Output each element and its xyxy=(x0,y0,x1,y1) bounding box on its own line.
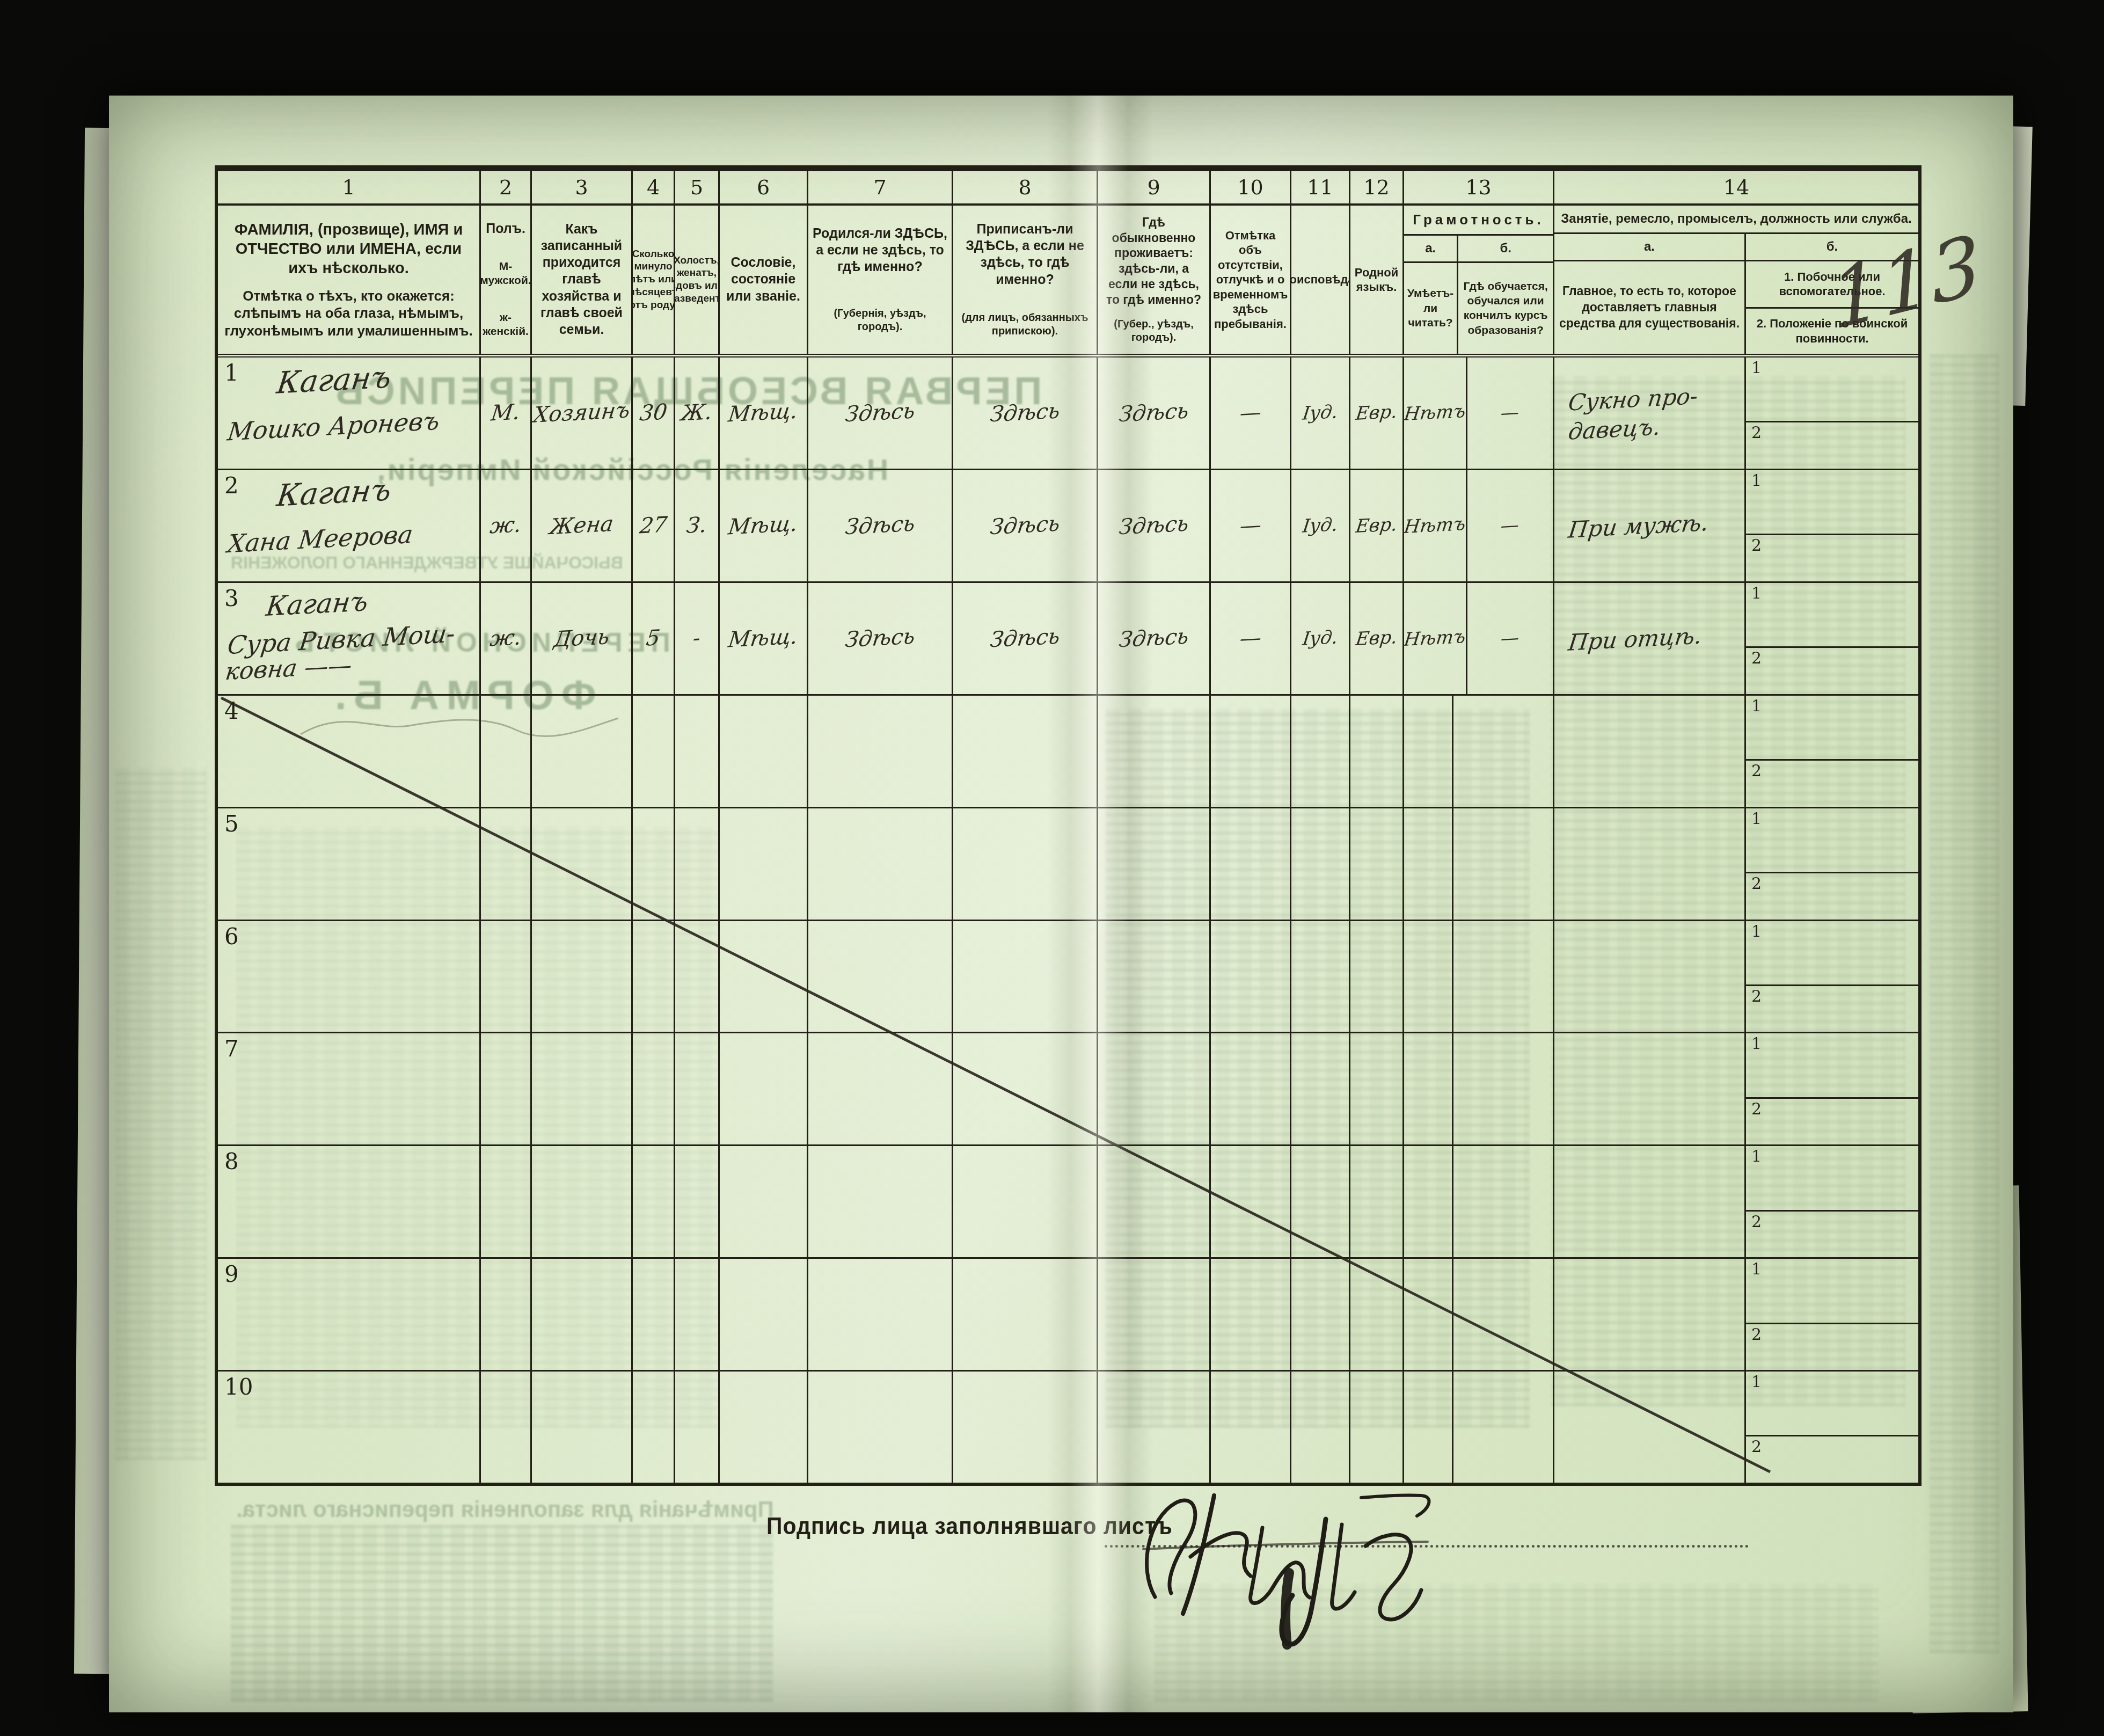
empty-cell xyxy=(633,921,675,1032)
cell-age: 5 xyxy=(633,583,675,694)
header-text: Отмѣтка объ отсутствіи, отлучкѣ и о врем… xyxy=(1213,228,1288,332)
subcell-1: 1 xyxy=(1746,470,1918,535)
header-text: Сословіе, состояніе или званіе. xyxy=(724,254,802,305)
cell-name: 10 xyxy=(218,1372,481,1483)
empty-cell xyxy=(1404,808,1554,920)
cell-registered: Здѣсь xyxy=(953,358,1098,469)
cell-occupation: При мужѣ. 1 2 xyxy=(1554,470,1918,581)
header-text: ФАМИЛІЯ, (прозвище), ИМЯ и ОТЧЕСТВО или … xyxy=(222,220,475,279)
empty-cell xyxy=(953,1146,1098,1257)
empty-cell: 12 xyxy=(1554,1259,1918,1370)
cell-sex: ж. xyxy=(481,470,532,581)
table-row-4: 4 12 xyxy=(218,696,1918,808)
empty-cell xyxy=(808,1372,953,1483)
cell-occupation-main: При отцѣ. xyxy=(1554,583,1746,694)
cell-name: 1 Каганъ Мошко Ароневъ xyxy=(218,358,481,469)
col-num-5: 5 xyxy=(675,171,720,203)
cell-age: 30 xyxy=(633,358,675,469)
surname-handwritten: Каганъ xyxy=(265,586,370,622)
empty-cell xyxy=(1350,696,1404,807)
column-number-row: 1 2 3 4 5 6 7 8 9 10 11 12 13 14 xyxy=(218,171,1918,206)
cell-reads: Нѣтъ xyxy=(1404,583,1467,694)
sub-text: Гдѣ обучается, обучался или кончилъ курс… xyxy=(1458,263,1553,354)
empty-cell xyxy=(532,1259,633,1370)
table-row-10: 10 12 xyxy=(218,1372,1918,1483)
empty-cell xyxy=(1350,808,1404,920)
cell-language: Евр. xyxy=(1350,470,1404,581)
empty-cell xyxy=(633,808,675,920)
header-text: М-мужской. xyxy=(481,260,531,288)
cell-relation: Жена xyxy=(532,470,633,581)
empty-cell xyxy=(675,1146,720,1257)
col-header-literacy: Грамотность. а. Умѣетъ-ли читать? б. Гдѣ… xyxy=(1404,206,1554,354)
empty-cell xyxy=(1291,1372,1350,1483)
sub-label: а. xyxy=(1554,234,1744,261)
cell-estate: Мѣщ. xyxy=(720,358,808,469)
empty-cell: 12 xyxy=(1554,696,1918,807)
cell-born: Здѣсь xyxy=(808,583,953,694)
cell-name: 3 Каганъ Сура Ривка Мош- ковна —— xyxy=(218,583,481,694)
col-header-relation: Какъ записанный приходится главѣ хозяйст… xyxy=(532,206,633,354)
cell-resides: Здѣсь xyxy=(1098,470,1211,581)
cell-language: Евр. xyxy=(1350,583,1404,694)
col-header-marital: Холостъ, женатъ, вдовъ или разведенъ. xyxy=(675,206,720,354)
empty-cell xyxy=(953,1033,1098,1144)
empty-cell xyxy=(481,696,532,807)
empty-cell xyxy=(1211,1033,1291,1144)
cell-literacy: Нѣтъ — xyxy=(1404,358,1554,469)
header-text: Родился-ли ЗДѢСЬ, а если не здѣсь, то гд… xyxy=(813,225,947,276)
empty-cell xyxy=(1211,1372,1291,1483)
cell-sex: ж. xyxy=(481,583,532,694)
empty-cell xyxy=(481,1146,532,1257)
col-num-13: 13 xyxy=(1404,171,1554,203)
cell-occupation-side: 1 2 xyxy=(1746,470,1918,581)
header-text: Приписанъ-ли ЗДѢСЬ, а если не здѣсь, то … xyxy=(958,221,1092,288)
cell-sex: М. xyxy=(481,358,532,469)
empty-cell xyxy=(1211,808,1291,920)
empty-cell xyxy=(1291,921,1350,1032)
col-num-2: 2 xyxy=(481,171,532,203)
empty-cell xyxy=(1350,1033,1404,1144)
cell-relation: Дочь xyxy=(532,583,633,694)
cell-name: 6 xyxy=(218,921,481,1032)
empty-cell xyxy=(720,1372,808,1483)
census-table: 1 2 3 4 5 6 7 8 9 10 11 12 13 14 ФАМИЛІЯ… xyxy=(215,165,1922,1486)
sub-text: Главное, то есть то, которое доставляетъ… xyxy=(1554,261,1744,354)
empty-cell xyxy=(808,1146,953,1257)
col-header-age: Сколько минуло лѣтъ или мѣсяцевъ отъ род… xyxy=(633,206,675,354)
bleedthrough-heading-6: Примѣчанія для заполненія переписнаго ли… xyxy=(236,1497,774,1522)
cell-occupation: Сукно про- давецъ. 1 2 xyxy=(1554,358,1918,469)
cell-religion: Іуд. xyxy=(1291,583,1350,694)
cell-studies: — xyxy=(1467,583,1553,694)
empty-cell xyxy=(633,1372,675,1483)
givenname-handwritten: Мошко Ароневъ xyxy=(226,406,441,446)
empty-cell xyxy=(481,808,532,920)
empty-cell xyxy=(953,921,1098,1032)
header-text: Сколько минуло лѣтъ или мѣсяцевъ отъ род… xyxy=(633,248,675,312)
empty-cell xyxy=(1211,921,1291,1032)
header-note: (для лицъ, обязанныхъ припискою). xyxy=(958,311,1092,338)
col-header-religion: Вѣроисповѣданіе. xyxy=(1291,206,1350,354)
empty-cell xyxy=(481,1033,532,1144)
subcell-2: 2 xyxy=(1746,422,1918,469)
cell-studies: — xyxy=(1467,470,1553,581)
literacy-sub-b: б. Гдѣ обучается, обучался или кончилъ к… xyxy=(1458,236,1553,354)
empty-cell xyxy=(1211,1146,1291,1257)
empty-cell xyxy=(1350,921,1404,1032)
empty-cell xyxy=(1404,696,1554,807)
cell-name: 4 xyxy=(218,696,481,807)
col-header-language: Родной языкъ. xyxy=(1350,206,1404,354)
sub-label: б. xyxy=(1458,236,1553,263)
empty-cell xyxy=(953,808,1098,920)
table-row-9: 9 12 xyxy=(218,1259,1918,1372)
empty-cell xyxy=(633,696,675,807)
cell-marital: З. xyxy=(675,470,720,581)
header-text: Родной языкъ. xyxy=(1355,265,1399,295)
header-note: (Губернія, уѣздъ, городъ). xyxy=(813,307,947,334)
empty-cell xyxy=(1291,1146,1350,1257)
cell-registered: Здѣсь xyxy=(953,583,1098,694)
givenname-handwritten: Хана Меерова xyxy=(226,520,415,559)
empty-cell xyxy=(633,1259,675,1370)
empty-cell xyxy=(1211,1259,1291,1370)
empty-cell xyxy=(532,1033,633,1144)
cell-estate: Мѣщ. xyxy=(720,470,808,581)
empty-cell xyxy=(532,1372,633,1483)
header-text: Грамотность. xyxy=(1404,206,1553,236)
col-num-8: 8 xyxy=(953,171,1098,203)
header-text: Занятіе, ремесло, промыселъ, должность и… xyxy=(1554,206,1918,234)
cell-literacy: Нѣтъ — xyxy=(1404,470,1554,581)
cell-name: 2 Каганъ Хана Меерова xyxy=(218,470,481,581)
col-num-12: 12 xyxy=(1350,171,1404,203)
empty-cell xyxy=(675,921,720,1032)
cell-registered: Здѣсь xyxy=(953,470,1098,581)
subcell-2: 2 xyxy=(1746,648,1918,694)
empty-cell xyxy=(675,696,720,807)
col-num-14: 14 xyxy=(1554,171,1918,203)
empty-cell xyxy=(808,921,953,1032)
empty-cell xyxy=(532,921,633,1032)
empty-cell xyxy=(808,696,953,807)
cell-name: 9 xyxy=(218,1259,481,1370)
empty-cell: 12 xyxy=(1554,1372,1918,1483)
empty-cell xyxy=(1098,1146,1211,1257)
empty-cell xyxy=(1404,1259,1554,1370)
row-number: 1 xyxy=(224,360,239,386)
subcell-2: 2 xyxy=(1746,535,1918,581)
sub-text: Умѣетъ-ли читать? xyxy=(1404,263,1457,354)
empty-cell xyxy=(1404,1146,1554,1257)
empty-cell xyxy=(633,1146,675,1257)
empty-cell xyxy=(1350,1146,1404,1257)
empty-cell xyxy=(675,1372,720,1483)
cell-resides: Здѣсь xyxy=(1098,358,1211,469)
header-text: Какъ записанный приходится главѣ хозяйст… xyxy=(536,221,627,339)
table-row-7: 7 12 xyxy=(218,1033,1918,1146)
empty-cell xyxy=(1098,1259,1211,1370)
cell-occupation-main: При мужѣ. xyxy=(1554,470,1746,581)
col-header-absence: Отмѣтка объ отсутствіи, отлучкѣ и о врем… xyxy=(1211,206,1291,354)
empty-cell xyxy=(720,921,808,1032)
header-text: Гдѣ обыкновенно проживаетъ: здѣсь-ли, а … xyxy=(1102,215,1205,308)
col-num-6: 6 xyxy=(720,171,808,203)
col-num-11: 11 xyxy=(1291,171,1350,203)
cell-resides: Здѣсь xyxy=(1098,583,1211,694)
literacy-sub-a: а. Умѣетъ-ли читать? xyxy=(1404,236,1458,354)
table-row-5: 5 12 xyxy=(218,808,1918,921)
subcell-1: 1 xyxy=(1746,358,1918,422)
cell-name: 8 xyxy=(218,1146,481,1257)
empty-cell xyxy=(1291,696,1350,807)
empty-cell xyxy=(953,1259,1098,1370)
col-header-residence: Гдѣ обыкновенно проживаетъ: здѣсь-ли, а … xyxy=(1098,206,1211,354)
empty-cell xyxy=(675,808,720,920)
empty-cell: 12 xyxy=(1554,1033,1918,1144)
empty-cell xyxy=(1098,921,1211,1032)
empty-cell xyxy=(532,1146,633,1257)
header-text: Полъ. xyxy=(486,221,525,237)
cell-name: 5 xyxy=(218,808,481,920)
cell-absence: — xyxy=(1211,583,1291,694)
empty-cell: 12 xyxy=(1554,921,1918,1032)
col-num-10: 10 xyxy=(1211,171,1291,203)
header-text: Холостъ, женатъ, вдовъ или разведенъ. xyxy=(675,254,720,305)
literacy-subcolumns: а. Умѣетъ-ли читать? б. Гдѣ обучается, о… xyxy=(1404,236,1553,354)
occupation-sub-a: а. Главное, то есть то, которое доставля… xyxy=(1554,234,1746,354)
empty-cell xyxy=(1404,1033,1554,1144)
empty-cell xyxy=(953,696,1098,807)
surname-handwritten: Каганъ xyxy=(275,360,393,401)
empty-cell xyxy=(481,1259,532,1370)
empty-cell: 12 xyxy=(1554,1146,1918,1257)
header-text: Отмѣтка о тѣхъ, кто окажется: слѣпымъ на… xyxy=(222,287,475,340)
empty-cell xyxy=(675,1259,720,1370)
header-text: ж-женскій. xyxy=(483,311,529,339)
cell-estate: Мѣщ. xyxy=(720,583,808,694)
cell-reads: Нѣтъ xyxy=(1404,358,1467,469)
cell-relation: Хозяинъ xyxy=(532,358,633,469)
sub-label: а. xyxy=(1404,236,1457,263)
header-note: (Губер., уѣздъ, городъ). xyxy=(1102,318,1205,345)
col-num-9: 9 xyxy=(1098,171,1211,203)
empty-cell xyxy=(633,1033,675,1144)
empty-cell xyxy=(1098,1372,1211,1483)
table-row-6: 6 12 xyxy=(218,921,1918,1034)
empty-cell xyxy=(481,1372,532,1483)
empty-cell xyxy=(808,1259,953,1370)
empty-cell xyxy=(532,696,633,807)
empty-cell xyxy=(1404,921,1554,1032)
empty-cell xyxy=(808,808,953,920)
empty-cell xyxy=(1098,808,1211,920)
empty-cell xyxy=(481,921,532,1032)
cell-born: Здѣсь xyxy=(808,358,953,469)
empty-cell xyxy=(1350,1259,1404,1370)
empty-cell xyxy=(1098,696,1211,807)
empty-cell xyxy=(720,808,808,920)
table-row-1: 1 Каганъ Мошко Ароневъ М. Хозяинъ 30 Ж. … xyxy=(218,358,1918,470)
cell-name: 7 xyxy=(218,1033,481,1144)
cell-studies: — xyxy=(1467,358,1553,469)
empty-cell xyxy=(675,1033,720,1144)
table-row-3: 3 Каганъ Сура Ривка Мош- ковна —— ж. Доч… xyxy=(218,583,1918,696)
empty-cell xyxy=(1404,1372,1554,1483)
cell-absence: — xyxy=(1211,470,1291,581)
col-num-1: 1 xyxy=(218,171,481,203)
col-header-estate: Сословіе, состояніе или званіе. xyxy=(720,206,808,354)
empty-cell xyxy=(720,1146,808,1257)
empty-cell: 12 xyxy=(1554,808,1918,920)
cell-religion: Іуд. xyxy=(1291,470,1350,581)
col-header-birthplace: Родился-ли ЗДѢСЬ, а если не здѣсь, то гд… xyxy=(808,206,953,354)
empty-cell xyxy=(1350,1372,1404,1483)
empty-cell xyxy=(1291,808,1350,920)
empty-cell xyxy=(1098,1033,1211,1144)
column-header-row: ФАМИЛІЯ, (прозвище), ИМЯ и ОТЧЕСТВО или … xyxy=(218,206,1918,358)
table-body: 1 Каганъ Мошко Ароневъ М. Хозяинъ 30 Ж. … xyxy=(218,358,1918,1483)
subcell-1: 1 xyxy=(1746,583,1918,648)
table-row-2: 2 Каганъ Хана Меерова ж. Жена 27 З. Мѣщ.… xyxy=(218,470,1918,583)
header-text: Вѣроисповѣданіе. xyxy=(1291,272,1350,287)
photographed-census-sheet: ПЕРВАЯ ВСЕОБЩАЯ ПЕРЕПИСЬ Населенія Россі… xyxy=(0,0,2104,1736)
cell-occupation: При отцѣ. 1 2 xyxy=(1554,583,1918,694)
cell-religion: Іуд. xyxy=(1291,358,1350,469)
empty-cell xyxy=(953,1372,1098,1483)
empty-cell xyxy=(720,1033,808,1144)
col-header-name: ФАМИЛІЯ, (прозвище), ИМЯ и ОТЧЕСТВО или … xyxy=(218,206,481,354)
signature-dotted-line xyxy=(1105,1523,1749,1548)
col-header-sex: Полъ. М-мужской. ж-женскій. xyxy=(481,206,532,354)
cell-occupation-side: 1 2 xyxy=(1746,583,1918,694)
surname-handwritten: Каганъ xyxy=(275,472,393,514)
cell-born: Здѣсь xyxy=(808,470,953,581)
col-num-7: 7 xyxy=(808,171,953,203)
cell-marital: - xyxy=(675,583,720,694)
cell-marital: Ж. xyxy=(675,358,720,469)
empty-cell xyxy=(532,808,633,920)
cell-age: 27 xyxy=(633,470,675,581)
empty-cell xyxy=(1291,1259,1350,1370)
cell-language: Евр. xyxy=(1350,358,1404,469)
cell-literacy: Нѣтъ — xyxy=(1404,583,1554,694)
cell-occupation-main: Сукно про- давецъ. xyxy=(1554,358,1746,469)
cell-reads: Нѣтъ xyxy=(1404,470,1467,581)
col-header-registration: Приписанъ-ли ЗДѢСЬ, а если не здѣсь, то … xyxy=(953,206,1098,354)
empty-cell xyxy=(808,1033,953,1144)
empty-cell xyxy=(720,1259,808,1370)
empty-cell xyxy=(720,696,808,807)
col-num-3: 3 xyxy=(532,171,633,203)
cell-absence: — xyxy=(1211,358,1291,469)
empty-cell xyxy=(1291,1033,1350,1144)
col-num-4: 4 xyxy=(633,171,675,203)
empty-cell xyxy=(1211,696,1291,807)
table-row-8: 8 12 xyxy=(218,1146,1918,1259)
cell-occupation-side: 1 2 xyxy=(1746,358,1918,469)
